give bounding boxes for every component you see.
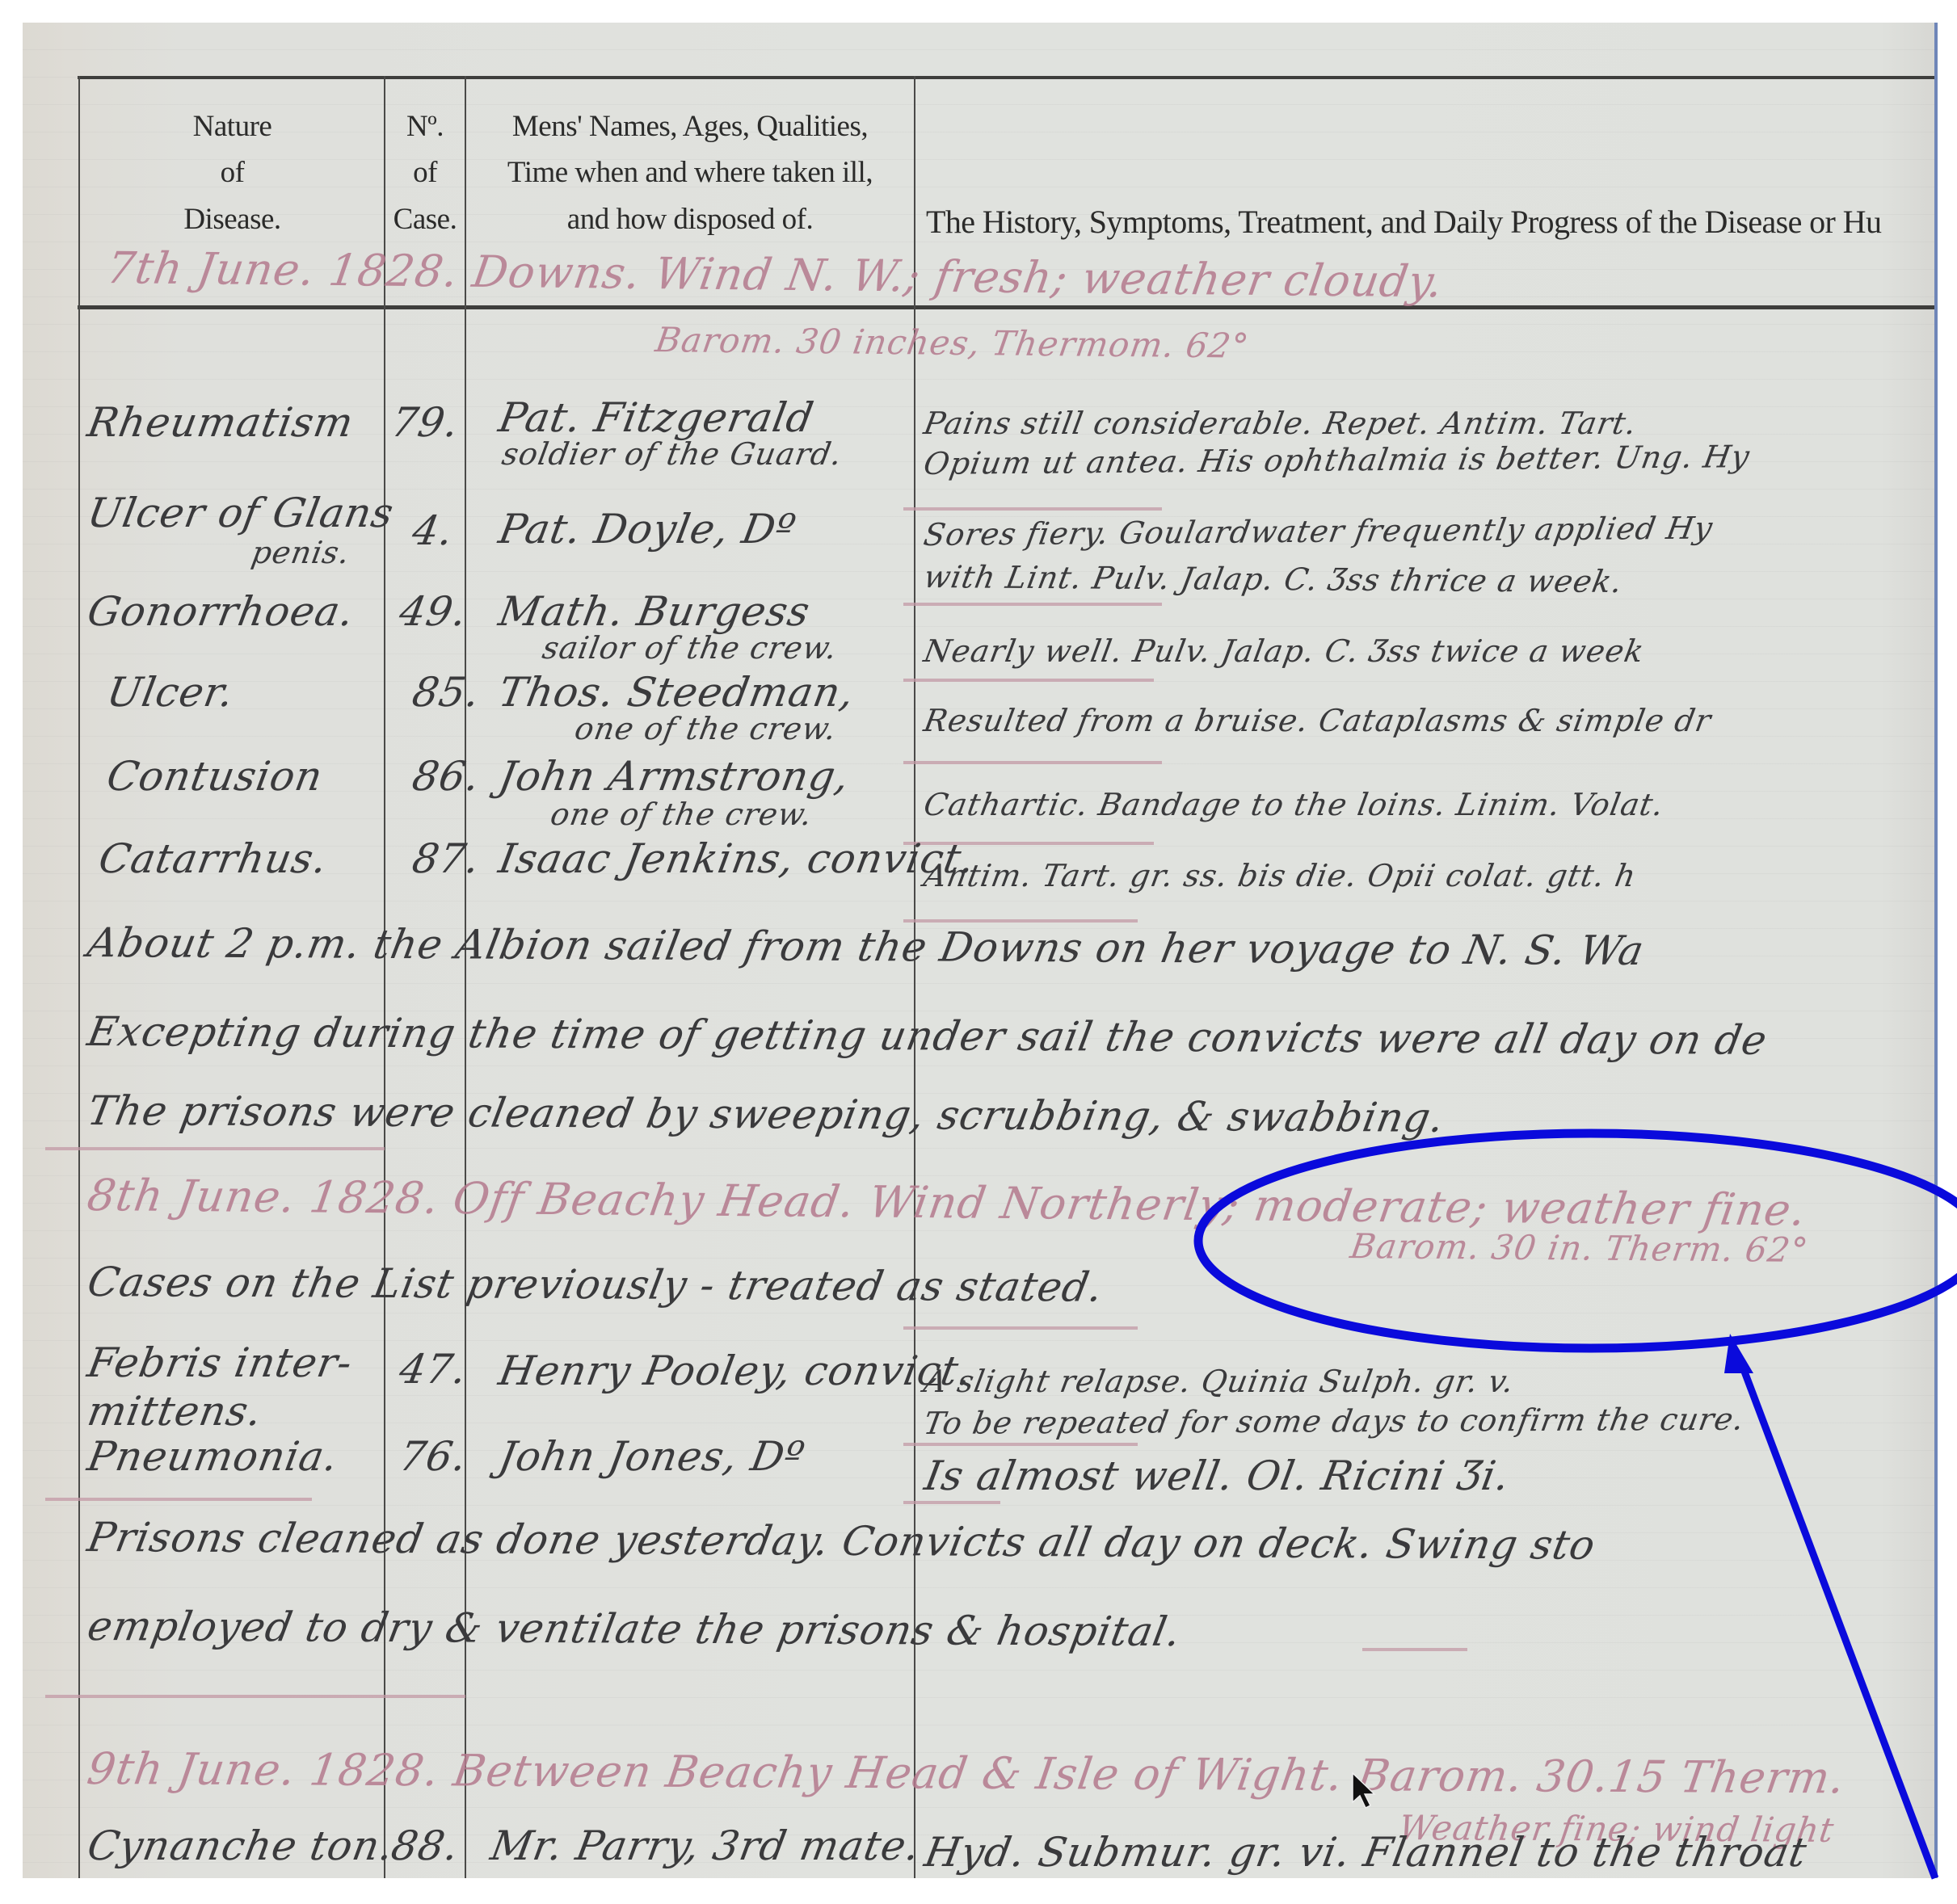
note-excepting-during: Excepting during the time of getting und… [84,1008,1771,1064]
note-employed-to-dry: employed to dry & ventilate the prisons … [84,1603,1185,1655]
separator-rule [45,1498,312,1501]
history-pooley-2: To be repeated for some days to confirm … [921,1402,1747,1441]
case-no-87: 87. [409,835,484,882]
history-doyle-1: Sores fiery. Goulardwater frequently app… [921,510,1715,553]
table-top-border [78,76,1938,79]
separator-rule [903,1501,1000,1504]
history-pooley-1: A slight relapse. Quinia Sulph. gr. v. [921,1364,1517,1399]
location-part: Off Beachy Head. [450,1173,859,1227]
header-case-number: Nº. of Case. [385,103,465,242]
header-line: of [385,149,465,195]
name-parry: Mr. Parry, 3rd mate. [487,1822,924,1869]
separator-rule [903,1326,1138,1330]
disease-cynanche: Cynanche ton. [84,1822,398,1869]
case-no-49: 49. [396,588,471,635]
weather-part: Wind Northerly; moderate; weather fine. [865,1176,1809,1235]
case-no-47: 47. [396,1346,471,1393]
separator-rule [1362,1648,1467,1651]
name-jenkins: Isaac Jenkins, convict. [495,835,978,882]
header-line: Nº. [385,103,465,149]
note-prisons-cleaned-again: Prisons cleaned as done yesterday. Convi… [84,1514,1599,1569]
year-part: 1828. [326,245,462,297]
header-line: of [81,149,384,195]
separator-rule [903,1443,1138,1446]
case-no-79: 79. [388,399,463,446]
header-nature-of-disease: Nature of Disease. [81,103,384,242]
disease-pneumonia: Pneumonia. [84,1433,342,1480]
separator-rule [903,679,1154,682]
history-parry: Hyd. Submur. gr. vi. Flannel to the thro… [921,1829,1811,1876]
name-armstrong: John Armstrong, [495,753,853,800]
note-albion-sailed: About 2 p.m. the Albion sailed from the … [84,919,1648,974]
name-jones: John Jones, Dº [495,1433,809,1480]
note-cases-on-list: Cases on the List previously - treated a… [84,1259,1107,1311]
weather-line-7-june: Barom. 30 inches, Thermom. 62° [653,320,1252,366]
header-line: Mens' Names, Ages, Qualities, [466,103,914,149]
header-line: Disease. [81,196,384,242]
journal-page: Nature of Disease. Nº. of Case. Mens' Na… [23,23,1938,1878]
history-fitzgerald-1: Pains still considerable. Repet. Antim. … [921,406,1639,441]
note-prisons-cleaned: The prisons were cleaned by sweeping, sc… [84,1087,1449,1141]
history-jones: Is almost well. Ol. Ricini Ʒi. [921,1452,1513,1499]
disease-ulcer: Ulcer. [103,669,238,716]
separator-rule [45,1147,385,1150]
case-no-76: 76. [396,1433,471,1480]
name-doyle: Pat. Doyle, Dº [495,506,800,553]
history-burgess: Nearly well. Pulv. Jalap. C. Ʒss twice a… [921,633,1647,669]
date-part: 8th June. [84,1170,299,1222]
separator-rule [903,507,1162,511]
date-part: 9th June. [84,1743,299,1795]
disease-ulcer-of-glans: Ulcer of Glans [84,490,398,536]
separator-rule [903,919,1138,923]
history-doyle-2: with Lint. Pulv. Jalap. C. Ʒss thrice a … [921,559,1626,599]
separator-rule [45,1695,465,1698]
name-sub-armstrong: one of the crew. [548,796,815,832]
header-line: Nature [81,103,384,149]
case-no-4: 4. [409,507,457,554]
history-steedman: Resulted from a bruise. Cataplasms & sim… [921,703,1714,738]
history-jenkins: Antim. Tart. gr. ss. bis die. Opii colat… [921,858,1639,893]
column-divider-left [78,76,80,1878]
disease-contusion: Contusion [103,753,326,800]
weather-part: Barom. 30.15 Therm. [1354,1750,1849,1803]
case-no-85: 85. [409,669,484,716]
disease-sub-mittens: mittens. [84,1388,266,1435]
history-armstrong: Cathartic. Bandage to the loins. Linim. … [921,787,1667,822]
date-line-9-june: 9th June. 1828. Between Beachy Head & Is… [84,1743,1849,1803]
case-no-88: 88. [388,1822,463,1869]
disease-rheumatism: Rheumatism [84,399,357,446]
location-part: Downs. [469,246,645,299]
name-burgess: Math. Burgess [495,588,814,635]
header-bottom-border [78,305,1938,309]
disease-gonorrhoea: Gonorrhoea. [84,588,358,635]
case-no-86: 86. [409,753,484,800]
name-sub-fitzgerald: soldier of the Guard. [499,436,845,472]
disease-catarrhus: Catarrhus. [95,835,331,882]
year-part: 1828. [306,1171,443,1223]
header-line: and how disposed of. [466,196,914,242]
date-part: 7th June. [103,242,318,296]
disease-sub-penis: penis. [249,535,353,570]
separator-rule [903,603,1162,606]
page-edge [1934,23,1938,1878]
separator-rule [903,761,1162,764]
header-mens-names: Mens' Names, Ages, Qualities, Time when … [466,103,914,242]
name-sub-steedman: one of the crew. [572,711,840,746]
name-sub-burgess: sailor of the crew. [540,630,840,666]
weather-line-8-june: Barom. 30 in. Therm. 62° [1348,1226,1811,1270]
mouse-cursor-icon [1351,1772,1377,1810]
name-fitzgerald: Pat. Fitzgerald [495,394,818,441]
location-part: Between Beachy Head & Isle of Wight. [450,1745,1347,1801]
year-part: 1828. [306,1744,443,1796]
header-line: Case. [385,196,465,242]
name-pooley: Henry Pooley, convict. [495,1347,976,1394]
history-fitzgerald-2: Opium ut antea. His ophthalmia is better… [921,439,1753,481]
header-line: Time when and where taken ill, [466,149,914,195]
disease-febris-intermittens: Febris inter- [84,1339,356,1386]
name-steedman: Thos. Steedman, [495,669,858,716]
header-history: The History, Symptoms, Treatment, and Da… [926,197,1881,247]
weather-part: Wind N. W.; fresh; weather cloudy. [651,248,1446,307]
